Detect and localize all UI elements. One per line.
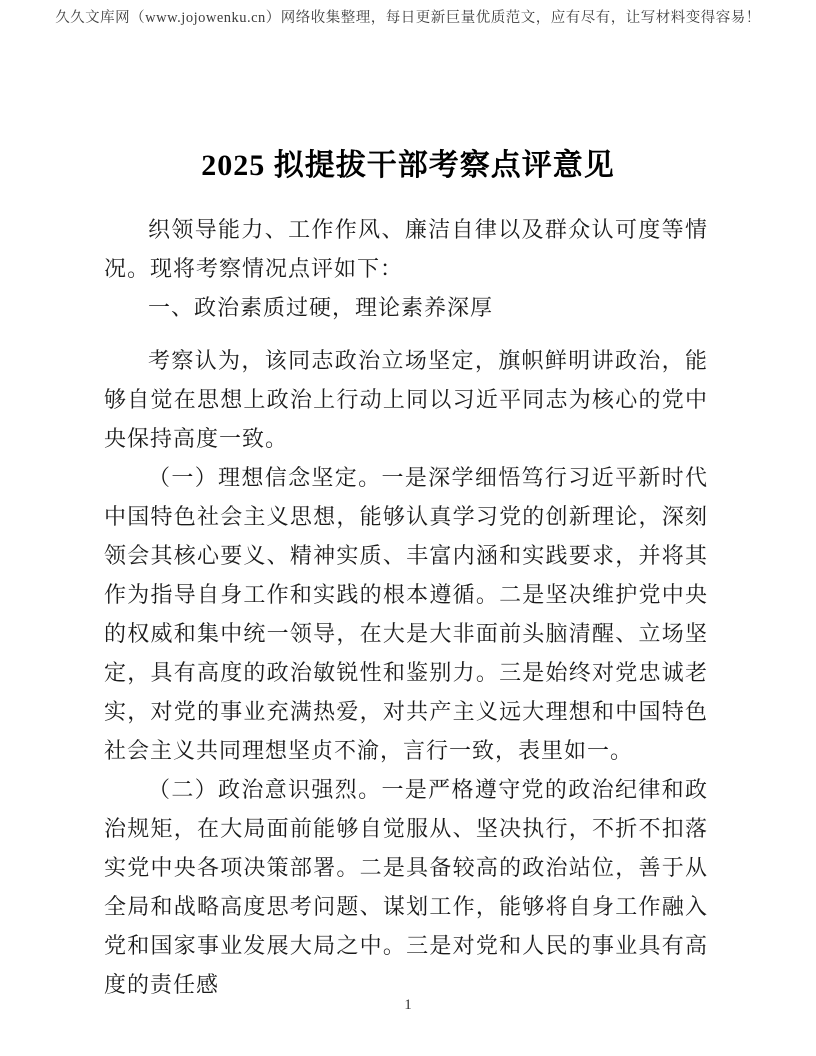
paragraph-intro: 织领导能力、工作作风、廉洁自律以及群众认可度等情况。现将考察情况点评如下：	[104, 210, 708, 288]
section-heading-political-quality: 一、政治素质过硬，理论素养深厚	[104, 288, 708, 327]
paragraph-political-awareness: （二）政治意识强烈。一是严格遵守党的政治纪律和政治规矩，在大局面前能够自觉服从、…	[104, 770, 708, 1004]
paragraph-ideals-beliefs: （一）理想信念坚定。一是深学细悟笃行习近平新时代中国特色社会主义思想，能够认真学…	[104, 458, 708, 770]
document-title: 2025 拟提拔干部考察点评意见	[0, 140, 816, 184]
paragraph-overall-assessment: 考察认为，该同志政治立场坚定，旗帜鲜明讲政治，能够自觉在思想上政治上行动上同以习…	[104, 341, 708, 458]
page-number: 1	[0, 997, 816, 1014]
document-page: 久久文库网（www.jojowenku.cn）网络收集整理，每日更新巨量优质范文…	[0, 0, 816, 1056]
document-body: 织领导能力、工作作风、廉洁自律以及群众认可度等情况。现将考察情况点评如下： 一、…	[104, 210, 708, 1004]
site-notice-banner: 久久文库网（www.jojowenku.cn）网络收集整理，每日更新巨量优质范文…	[0, 6, 816, 27]
